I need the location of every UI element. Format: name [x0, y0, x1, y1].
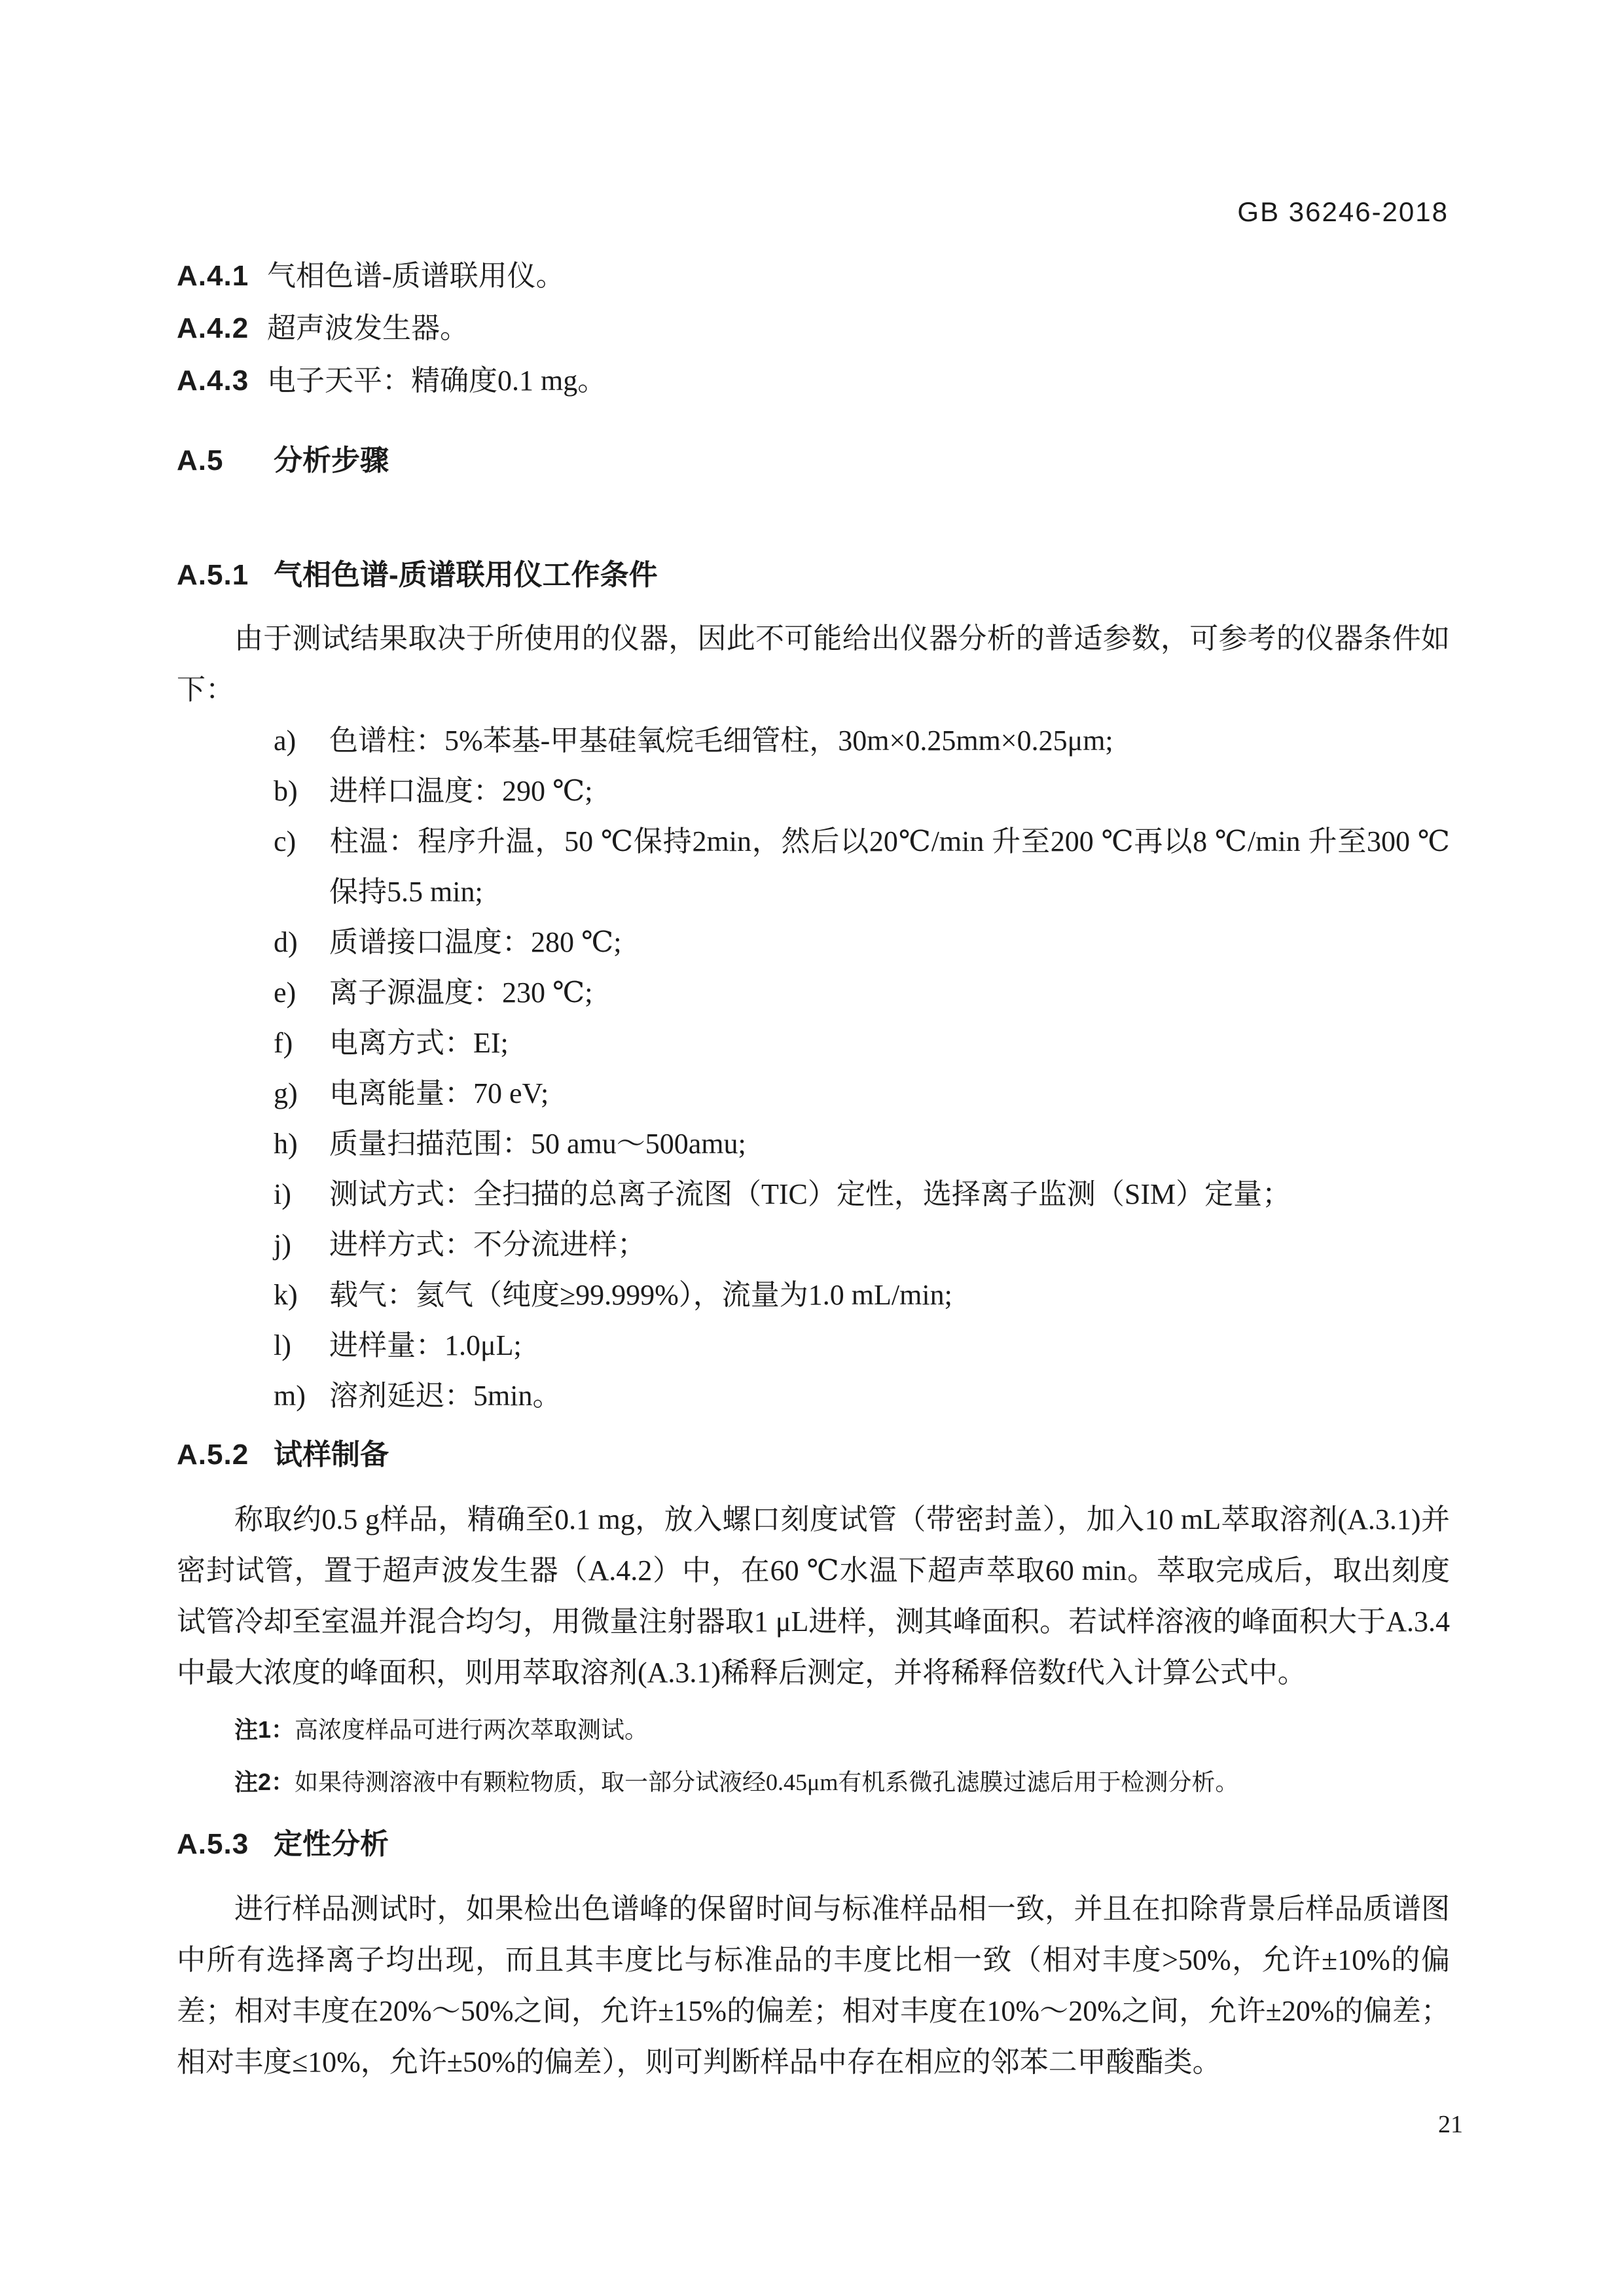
standard-number-header: GB 36246-2018 [1237, 196, 1449, 228]
list-item-j: j)进样方式：不分流进样； [274, 1219, 1450, 1270]
note-text: 如果待测溶液中有颗粒物质，取一部分试液经0.45μm有机系微孔滤膜过滤后用于检测… [295, 1769, 1238, 1795]
clause-number: A.4.1 [177, 250, 267, 302]
list-item-letter: d) [274, 917, 329, 967]
clause-text: 气相色谱-质谱联用仪。 [267, 260, 565, 292]
list-item-letter: h) [274, 1119, 329, 1169]
list-item-text: 进样量：1.0μL; [329, 1329, 522, 1361]
list-item-m: m)溶剂延迟：5min。 [274, 1371, 1450, 1421]
clause-number: A.4.2 [177, 302, 267, 355]
list-item-text: 离子源温度：230 ℃; [329, 977, 592, 1009]
list-item-letter: a) [274, 715, 329, 766]
heading-a5-2: A.5.2试样制备 [177, 1429, 1450, 1481]
note-label: 注2： [234, 1768, 295, 1795]
clause-number: A.4.3 [177, 355, 267, 407]
clause-a4-1: A.4.1气相色谱-质谱联用仪。 [177, 250, 1450, 302]
list-item-i: i)测试方式：全扫描的总离子流图（TIC）定性，选择离子监测（SIM）定量； [274, 1169, 1450, 1219]
heading-title: 试样制备 [274, 1439, 389, 1471]
list-item-letter: f) [274, 1018, 329, 1068]
list-item-letter: k) [274, 1270, 329, 1320]
clause-text: 电子天平：精确度0.1 mg。 [267, 365, 606, 397]
page-content: A.4.1气相色谱-质谱联用仪。 A.4.2超声波发生器。 A.4.3电子天平：… [177, 250, 1450, 2088]
list-item-f: f)电离方式：EI; [274, 1018, 1450, 1068]
heading-number: A.5.3 [177, 1818, 274, 1871]
heading-a5-1: A.5.1气相色谱-质谱联用仪工作条件 [177, 549, 1450, 601]
list-item-b: b)进样口温度：290 ℃; [274, 766, 1450, 816]
list-item-letter: b) [274, 766, 329, 816]
list-item-letter: c) [274, 816, 329, 867]
heading-number: A.5.1 [177, 549, 274, 601]
paragraph-a5-3: 进行样品测试时，如果检出色谱峰的保留时间与标准样品相一致，并且在扣除背景后样品质… [177, 1884, 1450, 2088]
heading-title: 分析步骤 [274, 444, 389, 476]
list-item-text: 测试方式：全扫描的总离子流图（TIC）定性，选择离子监测（SIM）定量； [329, 1178, 1291, 1210]
list-item-text: 进样方式：不分流进样； [329, 1229, 646, 1261]
list-item-e: e)离子源温度：230 ℃; [274, 967, 1450, 1018]
clause-text: 超声波发生器。 [267, 312, 469, 344]
instrument-condition-list: a)色谱柱：5%苯基-甲基硅氧烷毛细管柱，30m×0.25mm×0.25μm; … [177, 715, 1450, 1421]
note-text: 高浓度样品可进行两次萃取测试。 [295, 1717, 648, 1743]
note-2: 注2：如果待测溶液中有颗粒物质，取一部分试液经0.45μm有机系微孔滤膜过滤后用… [234, 1756, 1450, 1808]
document-page: GB 36246-2018 A.4.1气相色谱-质谱联用仪。 A.4.2超声波发… [0, 0, 1624, 2296]
list-item-l: l)进样量：1.0μL; [274, 1320, 1450, 1371]
list-item-text: 载气：氦气（纯度≥99.999%），流量为1.0 mL/min; [329, 1279, 952, 1311]
notes-block: 注1：高浓度样品可进行两次萃取测试。 注2：如果待测溶液中有颗粒物质，取一部分试… [177, 1704, 1450, 1808]
clause-a4-2: A.4.2超声波发生器。 [177, 302, 1450, 355]
list-item-text: 柱温：程序升温，50 ℃保持2min，然后以20℃/min 升至200 ℃再以8… [329, 825, 1450, 908]
list-item-c: c)柱温：程序升温，50 ℃保持2min，然后以20℃/min 升至200 ℃再… [274, 816, 1450, 917]
list-item-a: a)色谱柱：5%苯基-甲基硅氧烷毛细管柱，30m×0.25mm×0.25μm; [274, 715, 1450, 766]
paragraph-a5-2: 称取约0.5 g样品，精确至0.1 mg，放入螺口刻度试管（带密封盖），加入10… [177, 1494, 1450, 1698]
list-item-text: 溶剂延迟：5min。 [329, 1380, 561, 1412]
list-item-text: 电离能量：70 eV; [329, 1077, 549, 1109]
heading-a5-3: A.5.3定性分析 [177, 1818, 1450, 1871]
list-item-letter: g) [274, 1068, 329, 1119]
list-item-h: h)质量扫描范围：50 amu～500amu; [274, 1119, 1450, 1169]
heading-number: A.5 [177, 435, 274, 487]
list-item-letter: e) [274, 967, 329, 1018]
heading-number: A.5.2 [177, 1429, 274, 1481]
list-item-d: d)质谱接口温度：280 ℃; [274, 917, 1450, 967]
heading-a5: A.5分析步骤 [177, 435, 1450, 487]
list-item-text: 色谱柱：5%苯基-甲基硅氧烷毛细管柱，30m×0.25mm×0.25μm; [329, 725, 1113, 757]
list-item-letter: i) [274, 1169, 329, 1219]
note-1: 注1：高浓度样品可进行两次萃取测试。 [234, 1704, 1450, 1756]
list-item-text: 进样口温度：290 ℃; [329, 775, 592, 807]
list-item-k: k)载气：氦气（纯度≥99.999%），流量为1.0 mL/min; [274, 1270, 1450, 1320]
list-item-letter: j) [274, 1219, 329, 1270]
note-label: 注1： [234, 1716, 295, 1743]
list-item-text: 质量扫描范围：50 amu～500amu; [329, 1128, 746, 1160]
paragraph-a5-1-intro: 由于测试结果取决于所使用的仪器，因此不可能给出仪器分析的普适参数，可参考的仪器条… [177, 613, 1450, 715]
list-item-letter: l) [274, 1320, 329, 1371]
heading-title: 定性分析 [274, 1828, 389, 1860]
list-item-letter: m) [274, 1371, 329, 1421]
list-item-g: g)电离能量：70 eV; [274, 1068, 1450, 1119]
list-item-text: 电离方式：EI; [329, 1027, 509, 1059]
page-number: 21 [1438, 2110, 1463, 2139]
heading-title: 气相色谱-质谱联用仪工作条件 [274, 559, 658, 591]
clause-a4-3: A.4.3电子天平：精确度0.1 mg。 [177, 355, 1450, 407]
list-item-text: 质谱接口温度：280 ℃; [329, 926, 621, 958]
